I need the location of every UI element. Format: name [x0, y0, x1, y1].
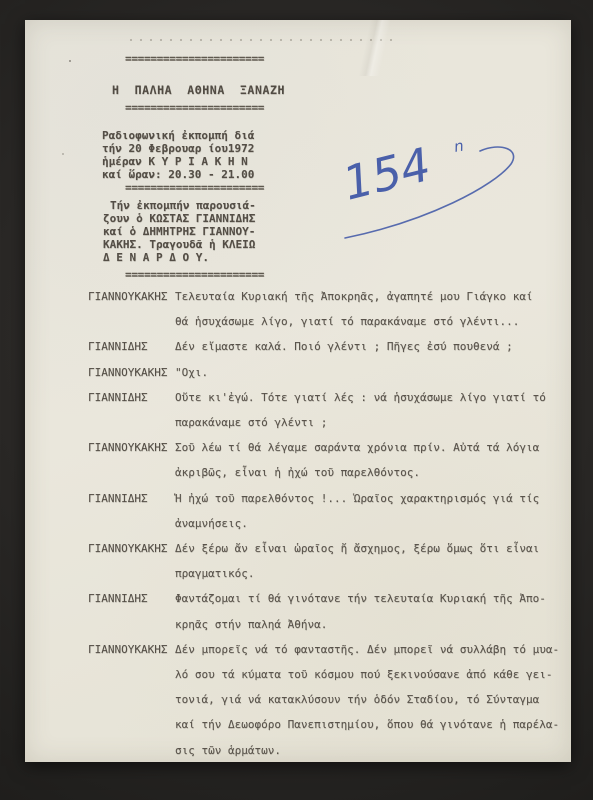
- dialogue-text: "Οχι.: [175, 360, 560, 385]
- dialogue-entry: ΓΙΑΝΝΟΥΚΑΚΗΣΣοῦ λέω τί θά λέγαμε σαράντα…: [88, 435, 560, 485]
- dialogue-line: "Οχι.: [175, 360, 560, 385]
- broadcast-info: Ραδιοφωνική ἐκπομπή διάτήν 20 Φεβρουαρ ί…: [102, 129, 254, 181]
- speaker-label: ΓΙΑΝΝΟΥΚΑΚΗΣ: [88, 637, 175, 662]
- photo-background: ====================== Η ΠΑΛΗΑ ΑΘΗΝΑ ΞΑΝ…: [0, 0, 593, 800]
- dialogue-entry: ΓΙΑΝΝΟΥΚΑΚΗΣΔέν ξέρω ἄν εἶναι ὡραῖος ἤ ἄ…: [88, 536, 560, 586]
- paper-speck: [69, 60, 71, 62]
- dialogue-line: τονιά, γιά νά κατακλύσουν τήν ὁδόν Σταδί…: [175, 687, 560, 712]
- speaker-label: ΓΙΑΝΝΙΔΗΣ: [88, 334, 175, 359]
- presenters-info: Τήν ἐκπομπήν παρουσιά-ζουν ὁ ΚΩΣΤΑΣ ΓΙΑΝ…: [103, 199, 256, 264]
- dialogue-line: ἀκριβῶς, εἶναι ἡ ἠχώ τοῦ παρελθόντος.: [175, 460, 560, 485]
- dialogue-line: Δέν ξέρω ἄν εἶναι ὡραῖος ἤ ἄσχημος, ξέρω…: [175, 536, 560, 561]
- dialogue-line: Σοῦ λέω τί θά λέγαμε σαράντα χρόνια πρίν…: [175, 435, 560, 460]
- dialogue-entry: ΓΙΑΝΝΟΥΚΑΚΗΣΔέν μπορεῖς νά τό φανταστῆς.…: [88, 637, 560, 763]
- dialogue-section: ΓΙΑΝΝΟΥΚΑΚΗΣΤελευταία Κυριακή τῆς Ἀποκρη…: [88, 284, 560, 763]
- dialogue-entry: ΓΙΑΝΝΙΔΗΣΦαντάζομαι τί θά γινότανε τήν τ…: [88, 586, 560, 636]
- handwritten-annotation: 154 n: [330, 120, 560, 265]
- dialogue-line: Ἡ ἠχώ τοῦ παρελθόντος !... Ὡραῖος χαρακτ…: [175, 486, 560, 511]
- dialogue-line: Δέν εἴμαστε καλά. Ποιό γλέντι ; Πῆγες ἐσ…: [175, 334, 560, 359]
- dialogue-line: λό σου τά κύματα τοῦ κόσμου πού ξεκινούσ…: [175, 662, 560, 687]
- page-title: Η ΠΑΛΗΑ ΑΘΗΝΑ ΞΑΝΑΖΗ: [112, 83, 285, 97]
- dialogue-line: πραγματικός.: [175, 561, 560, 586]
- dialogue-line: Τελευταία Κυριακή τῆς Ἀποκρηᾶς, ἀγαπητέ …: [175, 284, 560, 309]
- dialogue-entry: ΓΙΑΝΝΟΥΚΑΚΗΣ"Οχι.: [88, 360, 560, 385]
- dialogue-line: παρακάναμε στό γλέντι ;: [175, 410, 560, 435]
- dialogue-entry: ΓΙΑΝΝΙΔΗΣἩ ἠχώ τοῦ παρελθόντος !... Ὡραῖ…: [88, 486, 560, 536]
- dialogue-entry: ΓΙΑΝΝΙΔΗΣΔέν εἴμαστε καλά. Ποιό γλέντι ;…: [88, 334, 560, 359]
- text-line: Τήν ἐκπομπήν παρουσιά-: [103, 199, 256, 212]
- speaker-label: ΓΙΑΝΝΙΔΗΣ: [88, 486, 175, 511]
- speaker-label: ΓΙΑΝΝΟΥΚΑΚΗΣ: [88, 360, 175, 385]
- divider-line: ======================: [125, 269, 264, 281]
- speaker-label: ΓΙΑΝΝΟΥΚΑΚΗΣ: [88, 536, 175, 561]
- speaker-label: ΓΙΑΝΝΟΥΚΑΚΗΣ: [88, 284, 175, 309]
- divider-line: ======================: [125, 102, 264, 114]
- paper-crease: [293, 20, 453, 76]
- text-line: ζουν ὁ ΚΩΣΤΑΣ ΓΙΑΝΝΙΔΗΣ: [103, 212, 256, 225]
- dialogue-text: Τελευταία Κυριακή τῆς Ἀποκρηᾶς, ἀγαπητέ …: [175, 284, 560, 334]
- dialogue-line: Δέν μπορεῖς νά τό φανταστῆς. Δέν μπορεῖ …: [175, 637, 560, 662]
- paper-speck: [62, 153, 64, 155]
- text-line: ΚΑΚΗΣ. Τραγουδᾶ ἡ ΚΛΕΙΩ: [103, 238, 256, 251]
- dialogue-text: Ἡ ἠχώ τοῦ παρελθόντος !... Ὡραῖος χαρακτ…: [175, 486, 560, 536]
- text-line: καί ὥραν: 20.30 - 21.00: [102, 168, 254, 181]
- text-line: Ραδιοφωνική ἐκπομπή διά: [102, 129, 254, 142]
- dialogue-text: Δέν ξέρω ἄν εἶναι ὡραῖος ἤ ἄσχημος, ξέρω…: [175, 536, 560, 586]
- dialogue-line: κρηᾶς στήν παληά Ἀθήνα.: [175, 612, 560, 637]
- text-line: τήν 20 Φεβρουαρ ίου1972: [102, 142, 254, 155]
- dialogue-line: θά ἡσυχάσωμε λίγο, γιατί τό παρακάναμε σ…: [175, 309, 560, 334]
- dialogue-line: καί τήν Δεωοφόρο Πανεπιστημίου, ὅπου θά …: [175, 712, 560, 737]
- text-line: ἡμέραν Κ Υ Ρ Ι Α Κ Η Ν: [102, 155, 254, 168]
- dialogue-line: Φαντάζομαι τί θά γινότανε τήν τελευταία …: [175, 586, 560, 611]
- dialogue-entry: ΓΙΑΝΝΙΔΗΣΟὔτε κι'ἐγώ. Τότε γιατί λές : ν…: [88, 385, 560, 435]
- text-line: Δ Ε Ν Α Ρ Δ Ο Υ.: [103, 251, 256, 264]
- speaker-label: ΓΙΑΝΝΙΔΗΣ: [88, 586, 175, 611]
- dialogue-text: Δέν εἴμαστε καλά. Ποιό γλέντι ; Πῆγες ἐσ…: [175, 334, 560, 359]
- text-line: καί ὁ ΔΗΜΗΤΡΗΣ ΓΙΑΝΝΟΥ-: [103, 225, 256, 238]
- dialogue-line: ἀναμνήσεις.: [175, 511, 560, 536]
- dialogue-line: Οὔτε κι'ἐγώ. Τότε γιατί λές : νά ἡσυχάσω…: [175, 385, 560, 410]
- paper-sheet: ====================== Η ΠΑΛΗΑ ΑΘΗΝΑ ΞΑΝ…: [25, 20, 571, 762]
- speaker-label: ΓΙΑΝΝΙΔΗΣ: [88, 385, 175, 410]
- dialogue-text: Οὔτε κι'ἐγώ. Τότε γιατί λές : νά ἡσυχάσω…: [175, 385, 560, 435]
- dialogue-entry: ΓΙΑΝΝΟΥΚΑΚΗΣΤελευταία Κυριακή τῆς Ἀποκρη…: [88, 284, 560, 334]
- speaker-label: ΓΙΑΝΝΟΥΚΑΚΗΣ: [88, 435, 175, 460]
- divider-line: ======================: [125, 53, 264, 65]
- dialogue-text: Δέν μπορεῖς νά τό φανταστῆς. Δέν μπορεῖ …: [175, 637, 560, 763]
- ghost-dotted-line: [130, 39, 398, 41]
- dialogue-text: Φαντάζομαι τί θά γινότανε τήν τελευταία …: [175, 586, 560, 636]
- divider-line: ======================: [125, 182, 264, 194]
- annotation-superscript: n: [453, 137, 465, 156]
- dialogue-line: σις τῶν ἁρμάτων.: [175, 738, 560, 763]
- annotation-number: 154: [338, 137, 436, 211]
- dialogue-text: Σοῦ λέω τί θά λέγαμε σαράντα χρόνια πρίν…: [175, 435, 560, 485]
